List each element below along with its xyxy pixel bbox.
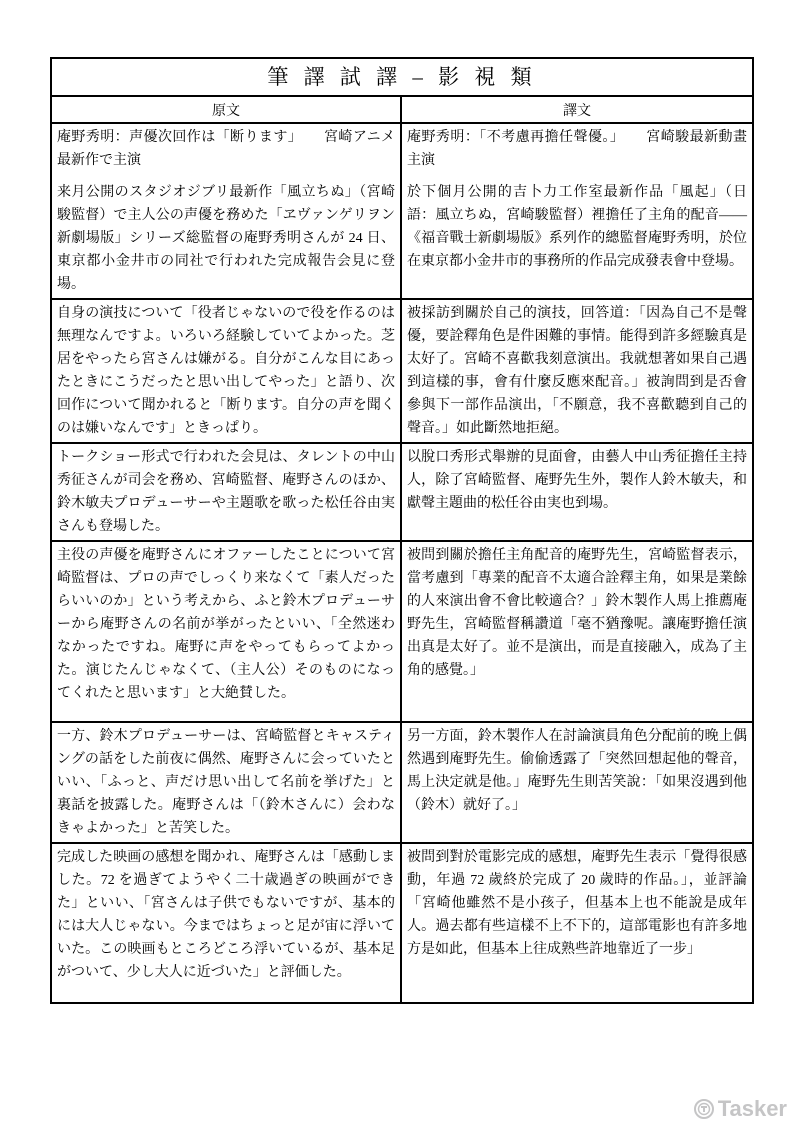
tasker-logo-icon — [693, 1098, 715, 1120]
table-row: 完成した映画の感想を聞かれ、庵野さんは「感動しました。72 を過ぎてようやく二十… — [51, 843, 753, 1003]
title-row: 筆 譯 試 譯 – 影 視 類 — [51, 58, 753, 96]
document-title: 筆 譯 試 譯 – 影 視 類 — [51, 58, 753, 96]
source-body-1: 来月公開のスタジオジブリ最新作「風立ちぬ」（宮崎駿監督）で主人公の声優を務めた「… — [57, 181, 395, 296]
table-row: 主役の声優を庵野さんにオファーしたことについて宮崎監督は、プロの声でしっくり来な… — [51, 541, 753, 722]
watermark-label: Tasker — [718, 1096, 787, 1122]
source-headline-1: 庵野秀明：声優次回作は「断ります」 宮崎アニメ最新作で主演 — [57, 126, 395, 172]
target-cell-1: 庵野秀明：「不考慮再擔任聲優。」 宮崎駿最新動畫主演 於下個月公開的吉卜力工作室… — [401, 123, 753, 299]
target-headline-1: 庵野秀明：「不考慮再擔任聲優。」 宮崎駿最新動畫主演 — [407, 126, 747, 172]
target-cell-4: 被問到關於擔任主角配音的庵野先生，宮崎監督表示，當考慮到「專業的配音不太適合詮釋… — [401, 541, 753, 722]
table-row: 一方、鈴木プロデューサーは、宮崎監督とキャスティングの話をした前夜に偶然、庵野さ… — [51, 722, 753, 843]
table-row: トークショー形式で行われた会見は、タレントの中山秀征さんが司会を務め、宮崎監督、… — [51, 443, 753, 541]
column-header-target: 譯文 — [401, 96, 753, 123]
source-cell-4: 主役の声優を庵野さんにオファーしたことについて宮崎監督は、プロの声でしっくり来な… — [51, 541, 401, 722]
target-cell-5: 另一方面，鈴木製作人在討論演員角色分配前的晚上偶然遇到庵野先生。偷偷透露了「突然… — [401, 722, 753, 843]
target-body-1: 於下個月公開的吉卜力工作室最新作品「風起」（日語：風立ちぬ，宮崎駿監督）裡擔任了… — [407, 181, 747, 273]
column-header-source: 原文 — [51, 96, 401, 123]
source-cell-1: 庵野秀明：声優次回作は「断ります」 宮崎アニメ最新作で主演 来月公開のスタジオジ… — [51, 123, 401, 299]
column-header-row: 原文 譯文 — [51, 96, 753, 123]
source-cell-6: 完成した映画の感想を聞かれ、庵野さんは「感動しました。72 を過ぎてようやく二十… — [51, 843, 401, 1003]
translation-table: 筆 譯 試 譯 – 影 視 類 原文 譯文 庵野秀明：声優次回作は「断ります」 … — [50, 57, 754, 1004]
source-cell-3: トークショー形式で行われた会見は、タレントの中山秀征さんが司会を務め、宮崎監督、… — [51, 443, 401, 541]
table-row: 庵野秀明：声優次回作は「断ります」 宮崎アニメ最新作で主演 来月公開のスタジオジ… — [51, 123, 753, 299]
document-page: 筆 譯 試 譯 – 影 視 類 原文 譯文 庵野秀明：声優次回作は「断ります」 … — [0, 0, 800, 1131]
target-cell-2: 被採訪到關於自己的演技，回答道：「因為自己不是聲優，要詮釋角色是件困難的事情。能… — [401, 299, 753, 443]
source-cell-2: 自身の演技について「役者じゃないので役を作るのは無理なんですよ。いろいろ経験して… — [51, 299, 401, 443]
table-row: 自身の演技について「役者じゃないので役を作るのは無理なんですよ。いろいろ経験して… — [51, 299, 753, 443]
watermark: Tasker — [693, 1096, 787, 1122]
target-cell-6: 被問到對於電影完成的感想，庵野先生表示「覺得很感動，年過 72 歲終於完成了 2… — [401, 843, 753, 1003]
source-cell-5: 一方、鈴木プロデューサーは、宮崎監督とキャスティングの話をした前夜に偶然、庵野さ… — [51, 722, 401, 843]
target-cell-3: 以脫口秀形式舉辦的見面會，由藝人中山秀征擔任主持人，除了宮崎監督、庵野先生外，製… — [401, 443, 753, 541]
